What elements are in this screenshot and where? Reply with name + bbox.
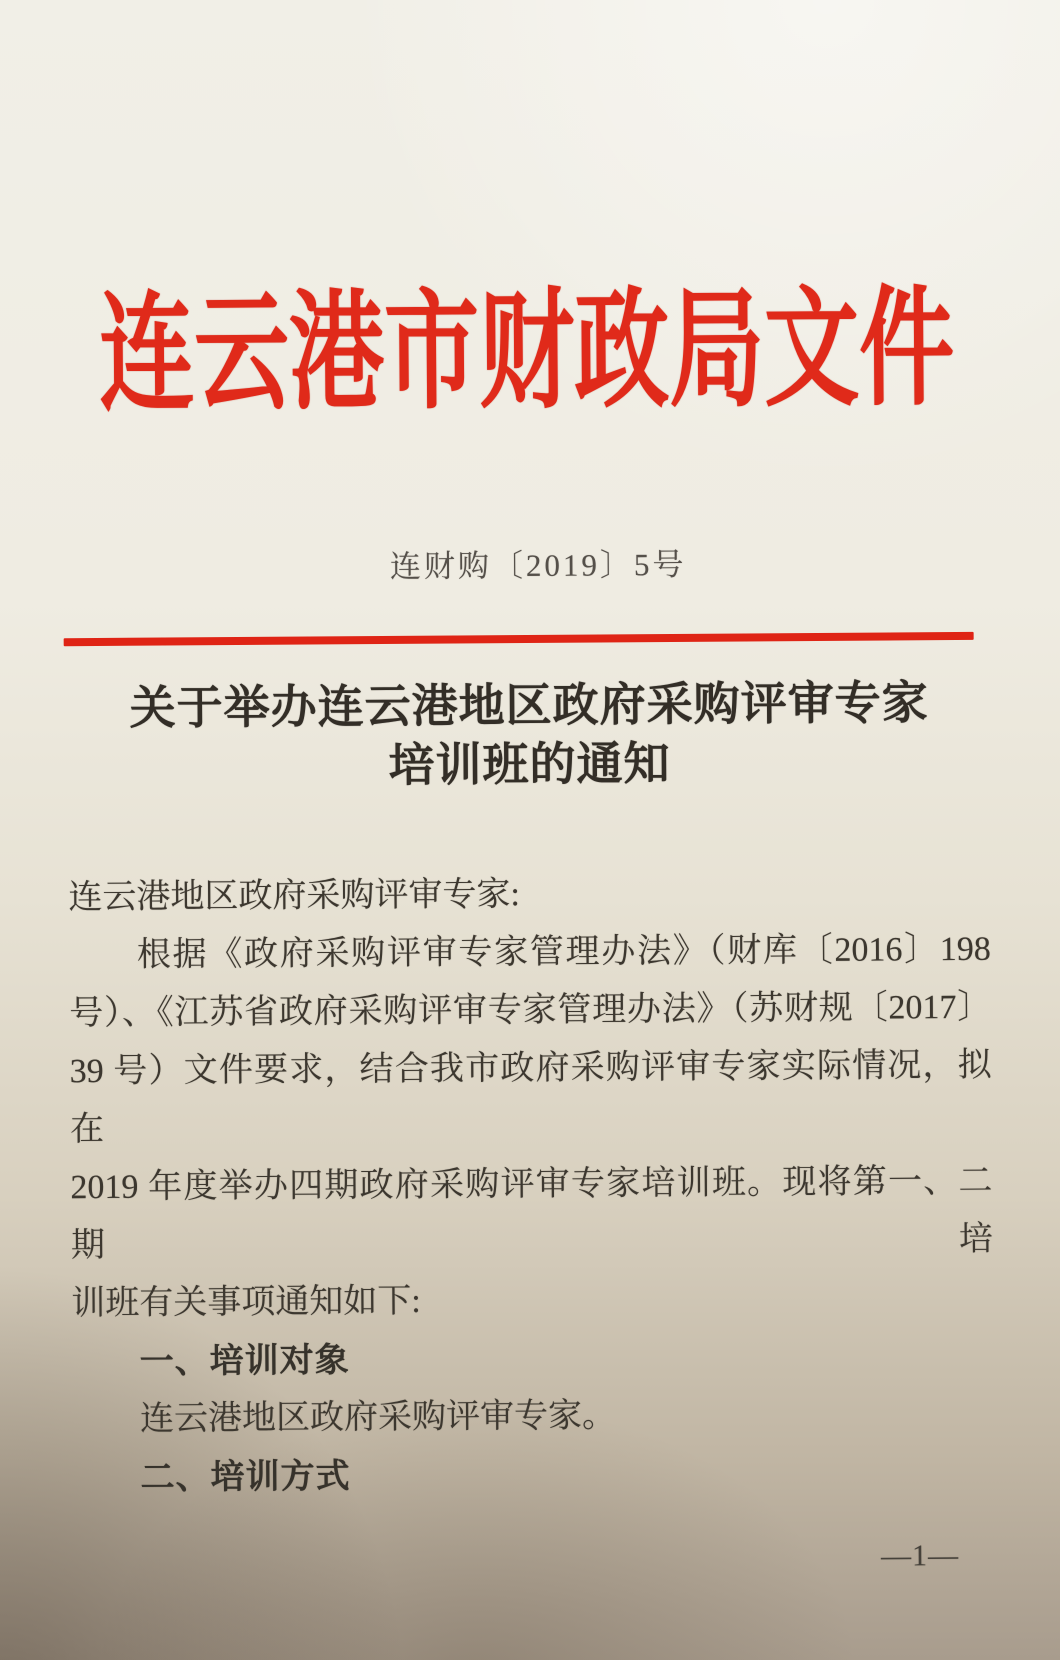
red-separator-rule [64, 632, 974, 646]
document-body: 连云港地区政府采购评审专家: 根据《政府采购评审专家管理办法》（财库〔2016〕… [68, 863, 994, 1507]
paragraph-line: 根据《政府采购评审专家管理办法》（财库〔2016〕198 [69, 921, 991, 985]
document-title-line1: 关于举办连云港地区政府采购评审专家 [0, 672, 1059, 738]
document-number: 连财购〔2019〕5号 [8, 545, 1060, 586]
section-heading-2: 二、培训方式 [72, 1443, 994, 1507]
paragraph-line: 号）、《江苏省政府采购评审专家管理办法》（苏财规〔2017〕 [69, 979, 991, 1043]
document-title: 关于举办连云港地区政府采购评审专家 培训班的通知 [0, 672, 1060, 797]
section-heading-1: 一、培训对象 [72, 1327, 994, 1391]
page-number: —1— [881, 1539, 959, 1573]
section-1-text: 连云港地区政府采购评审专家。 [72, 1385, 994, 1449]
paragraph-line: 2019 年度举办四期政府采购评审专家培训班。现将第一、二期培 [70, 1153, 993, 1275]
red-header-agency-title: 连云港市财政局文件 [0, 284, 1057, 421]
paragraph-line: 训班有关事项通知如下: [71, 1269, 993, 1333]
document-page: 连云港市财政局文件 连财购〔2019〕5号 关于举办连云港地区政府采购评审专家 … [0, 0, 1060, 1660]
salutation-line: 连云港地区政府采购评审专家: [68, 863, 990, 927]
scanned-sheet-content: 连云港市财政局文件 连财购〔2019〕5号 关于举办连云港地区政府采购评审专家 … [0, 0, 1060, 1660]
document-title-line2: 培训班的通知 [0, 731, 1060, 797]
paragraph-line: 39 号）文件要求，结合我市政府采购评审专家实际情况，拟在 [69, 1037, 992, 1159]
